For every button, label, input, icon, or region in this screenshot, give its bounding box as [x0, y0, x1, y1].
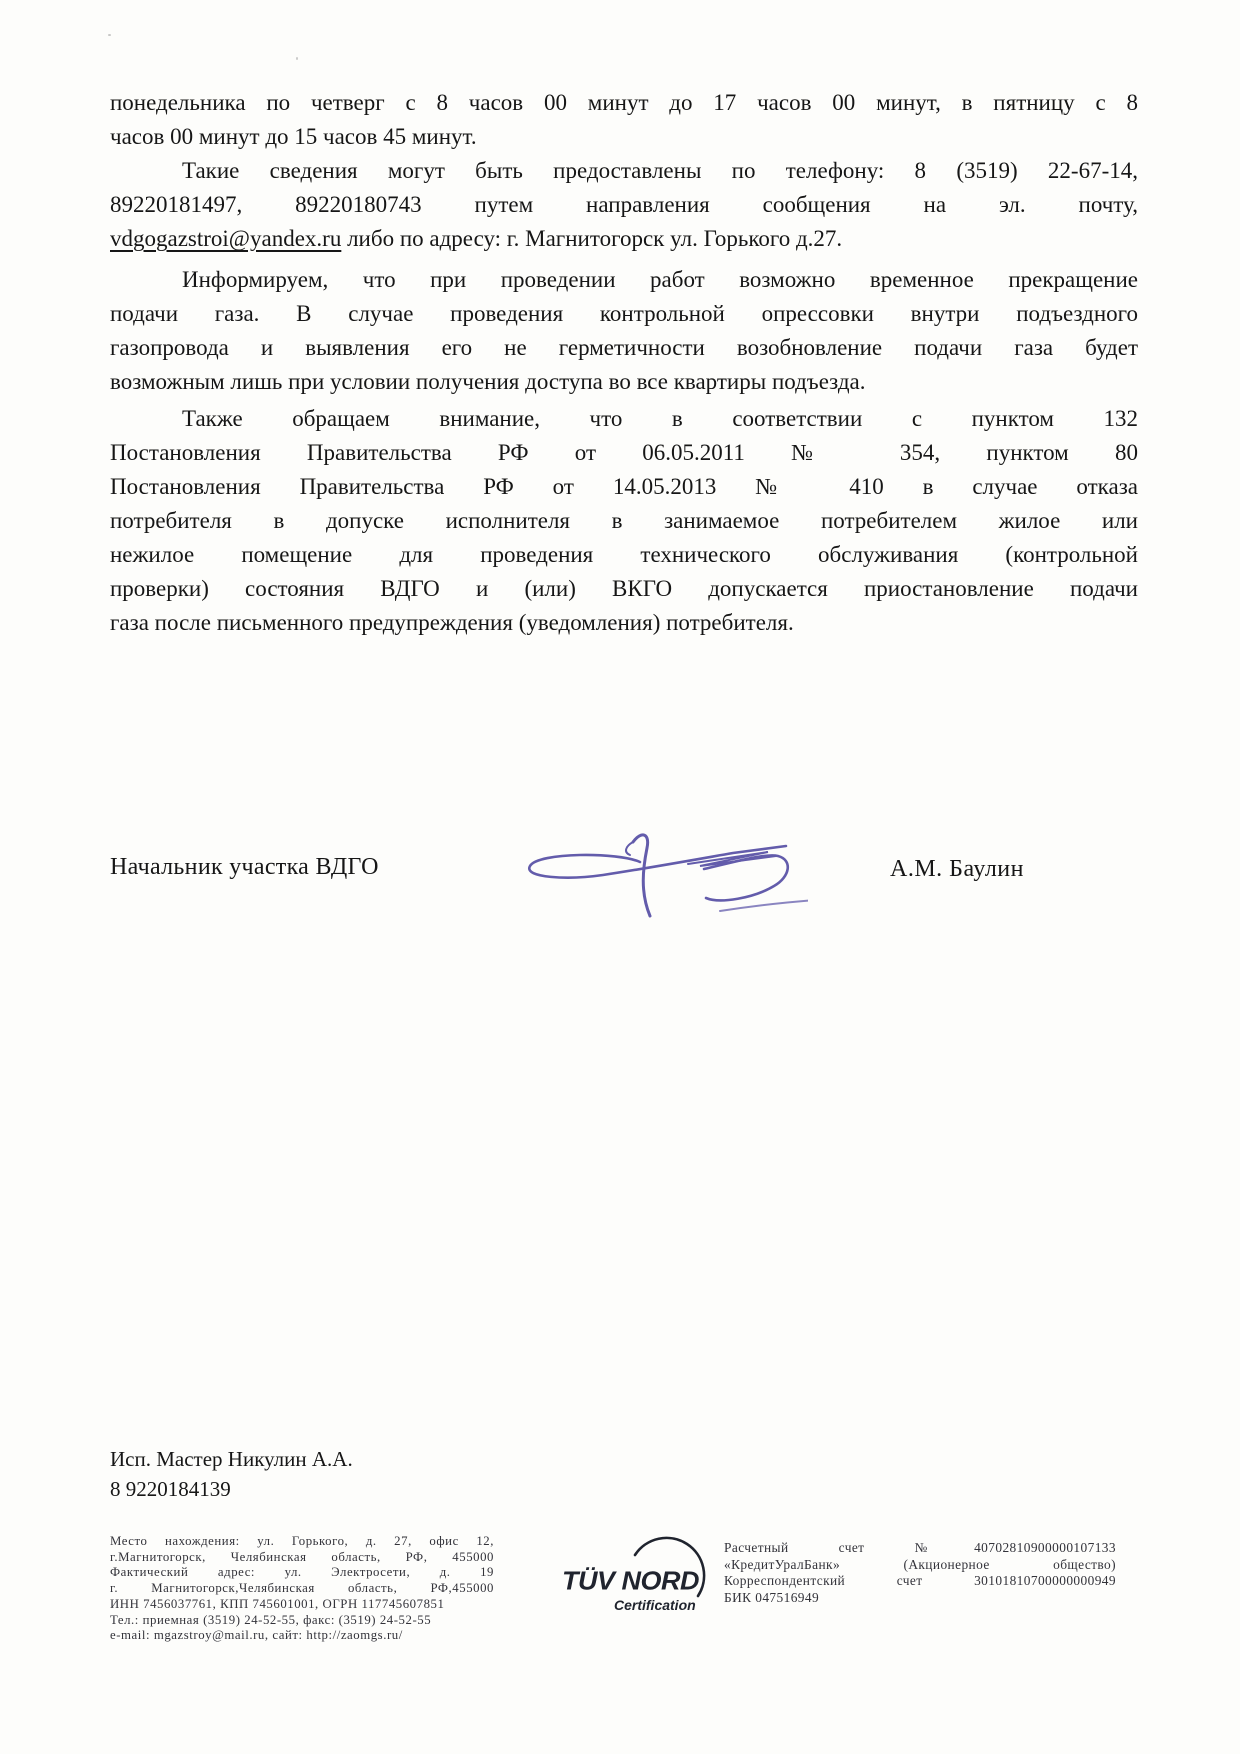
bank-requisites-line: Расчетный счет №40702810900000107133 [724, 1540, 1116, 1557]
body-line: проверки) состояния ВДГО и (или) ВКГО до… [110, 572, 1138, 606]
email-address-underlined: vdgogazstroi@yandex.ru [110, 226, 341, 251]
body-line: нежилое помещение для проведения техниче… [110, 538, 1138, 572]
company-requisites: Место нахождения: ул. Горького, д. 27, о… [110, 1534, 494, 1644]
body-line: возможным лишь при условии получения дос… [110, 365, 1138, 399]
scanned-letter-page: понедельника по четверг с 8 часов 00 мин… [0, 0, 1240, 1754]
body-line: 89220181497, 89220180743 путем направлен… [110, 188, 1138, 222]
body-line: часов 00 минут до 15 часов 45 минут. [110, 120, 1138, 154]
body-line: Постановления Правительства РФ от 14.05.… [110, 470, 1138, 504]
executor-phone: 8 9220184139 [110, 1474, 353, 1504]
scan-artifact [108, 34, 111, 36]
body-line: Такие сведения могут быть предоставлены … [110, 154, 1138, 188]
company-requisites-line: e-mail: mgazstroy@mail.ru, сайт: http://… [110, 1628, 494, 1644]
handwritten-signature [468, 822, 808, 937]
body-line: газа после письменного предупреждения (у… [110, 606, 1138, 640]
letter-body: понедельника по четверг с 8 часов 00 мин… [110, 86, 1138, 640]
body-line: газопровода и выявления его не герметичн… [110, 331, 1138, 365]
body-line: vdgogazstroi@yandex.ru либо по адресу: г… [110, 222, 1138, 256]
company-requisites-line: ИНН 7456037761, КПП 745601001, ОГРН 1177… [110, 1597, 494, 1613]
company-requisites-line: Тел.: приемная (3519) 24-52-55, факс: (3… [110, 1613, 494, 1629]
body-line: понедельника по четверг с 8 часов 00 мин… [110, 86, 1138, 120]
signatory-name: А.М. Баулин [890, 856, 1024, 883]
body-line: Также обращаем внимание, что в соответст… [110, 402, 1138, 436]
company-requisites-line: г. Магнитогорск,Челябинская область, РФ,… [110, 1581, 494, 1597]
body-line: Информируем, что при проведении работ во… [110, 263, 1138, 297]
tuv-nord-certification-label: Certification [614, 1597, 696, 1613]
tuv-nord-wordmark: TÜV NORD [562, 1567, 699, 1596]
body-line: потребителя в допуске исполнителя в зани… [110, 504, 1138, 538]
body-line: Постановления Правительства РФ от 06.05.… [110, 436, 1138, 470]
body-paragraph: Информируем, что при проведении работ во… [110, 263, 1138, 399]
executor-name: Исп. Мастер Никулин А.А. [110, 1444, 353, 1474]
scan-artifact [296, 57, 298, 60]
signatory-position-label: Начальник участка ВДГО [110, 854, 379, 881]
company-requisites-line: Место нахождения: ул. Горького, д. 27, о… [110, 1534, 494, 1550]
company-requisites-line: г.Магнитогорск, Челябинская область, РФ,… [110, 1550, 494, 1566]
body-paragraph: Такие сведения могут быть предоставлены … [110, 154, 1138, 256]
bank-requisites-line: «КредитУралБанк» (Акционерное общество) [724, 1557, 1116, 1574]
bank-requisites: Расчетный счет №40702810900000107133«Кре… [724, 1540, 1116, 1606]
body-paragraph: понедельника по четверг с 8 часов 00 мин… [110, 86, 1138, 154]
company-requisites-line: Фактический адрес: ул. Электросети, д. 1… [110, 1565, 494, 1581]
bank-requisites-line: БИК 047516949 [724, 1590, 1116, 1607]
executor-block: Исп. Мастер Никулин А.А. 8 9220184139 [110, 1444, 353, 1504]
body-line: подачи газа. В случае проведения контрол… [110, 297, 1138, 331]
bank-requisites-line: Корреспондентский счет 30101810700000000… [724, 1573, 1116, 1590]
body-paragraph: Также обращаем внимание, что в соответст… [110, 402, 1138, 640]
